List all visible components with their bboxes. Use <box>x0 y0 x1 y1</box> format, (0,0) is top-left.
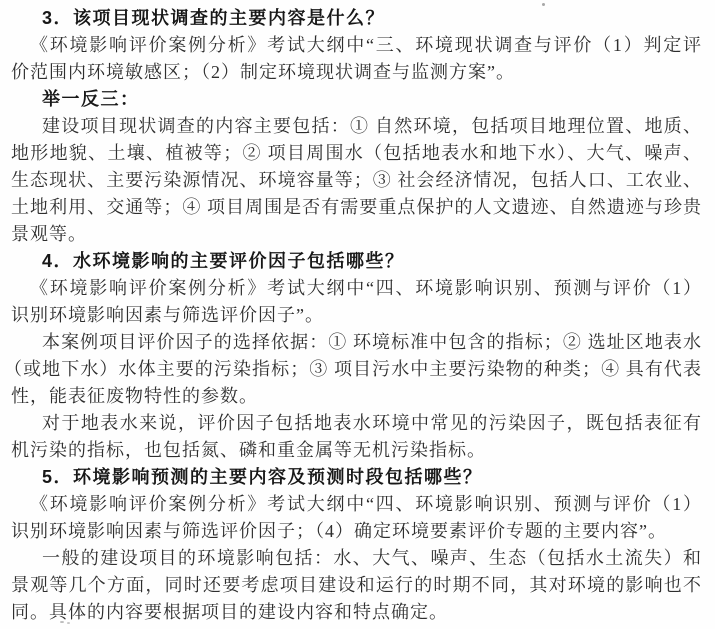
q3-answer-line-5: 景观等。 <box>11 221 702 248</box>
q4-answer-line-3: 性，能表征废物特性的参数。 <box>11 383 702 410</box>
q4-syllabus-line-1: 《环境影响评价案例分析》考试大纲中“四、环境影响识别、预测与评价（1） <box>11 275 702 302</box>
document-page: 3．该项目现状调查的主要内容是什么？ 《环境影响评价案例分析》考试大纲中“三、环… <box>0 0 715 629</box>
question-4-heading: 4．水环境影响的主要评价因子包括哪些？ <box>11 248 702 275</box>
q4-answer2-line-1: 对于地表水来说，评价因子包括地表水环境中常见的污染因子，既包括表征有 <box>11 410 702 437</box>
section-label-extension: 举一反三： <box>11 86 702 113</box>
q3-answer-line-4: 土地利用、交通等；④ 项目周围是否有需要重点保护的人文遗迹、自然遗迹与珍贵 <box>11 194 702 221</box>
q3-answer-line-3: 生态现状、主要污染源情况、环境容量等；③ 社会经济情况，包括人口、工农业、 <box>11 167 702 194</box>
q4-answer2-line-2: 机污染的指标，也包括氮、磷和重金属等无机污染指标。 <box>11 437 702 464</box>
q5-answer-line-1: 一般的建设项目的环境影响包括：水、大气、噪声、生态（包括水土流失）和 <box>11 545 702 572</box>
q4-answer-line-2: （或地下水）水体主要的污染指标；③ 项目污水中主要污染物的种类；④ 具有代表 <box>4 356 702 383</box>
question-5-heading: 5．环境影响预测的主要内容及预测时段包括哪些？ <box>11 464 702 491</box>
q5-syllabus-line-1: 《环境影响评价案例分析》考试大纲中“四、环境影响识别、预测与评价（1） <box>11 491 702 518</box>
q5-answer-line-2: 景观等几个方面，同时还要考虑项目建设和运行的时期不同，其对环境的影响也不 <box>11 572 702 599</box>
q5-answer-line-3: 同。具体的内容要根据项目的建设内容和特点确定。 <box>11 599 702 626</box>
q3-syllabus-line-2: 价范围内环境敏感区；（2）制定环境现状调查与监测方案”。 <box>11 59 702 86</box>
q5-syllabus-line-2: 识别环境影响因素与筛选评价因子；（4）确定环境要素评价专题的主要内容”。 <box>11 518 702 545</box>
scan-artifact <box>67 622 70 624</box>
q3-answer-line-1: 建设项目现状调查的内容主要包括：① 自然环境，包括项目地理位置、地质、 <box>11 113 702 140</box>
scan-artifact <box>60 621 64 623</box>
scan-artifact <box>542 3 545 6</box>
question-3-heading: 3．该项目现状调查的主要内容是什么？ <box>11 5 702 32</box>
q3-syllabus-line-1: 《环境影响评价案例分析》考试大纲中“三、环境现状调查与评价（1）判定评 <box>11 32 702 59</box>
q4-syllabus-line-2: 识别环境影响因素与筛选评价因子”。 <box>11 302 702 329</box>
q4-answer-line-1: 本案例项目评价因子的选择依据：① 环境标准中包含的指标；② 选址区地表水 <box>11 329 702 356</box>
q3-answer-line-2: 地形地貌、土壤、植被等；② 项目周围水（包括地表水和地下水）、大气、噪声、 <box>11 140 702 167</box>
